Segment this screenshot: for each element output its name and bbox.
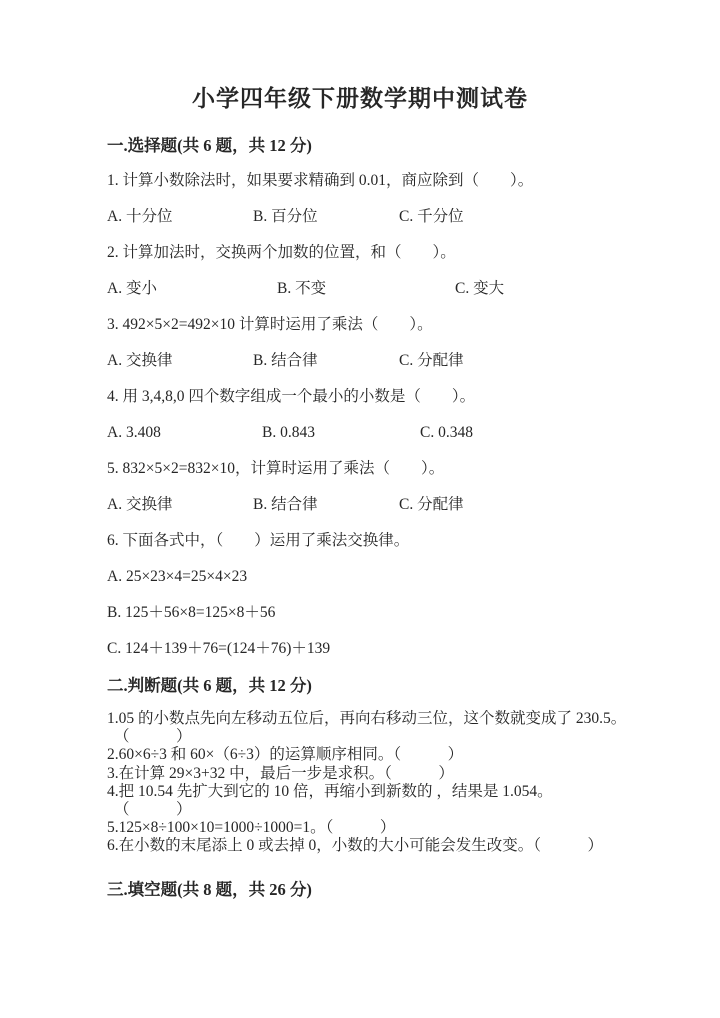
question-3-text: 3. 492×5×2=492×10 计算时运用了乘法（ ）。	[107, 314, 680, 336]
question-6-text: 6. 下面各式中，（ ）运用了乘法交换律。	[107, 530, 680, 552]
question-5-options-row: A. 交换律 B. 结合律 C. 分配律	[107, 494, 680, 516]
question-4-option-a: A. 3.408	[107, 422, 262, 444]
question-2-options-row: A. 变小 B. 不变 C. 变大	[107, 278, 680, 300]
section-heading-fill-blank: 三.填空题(共 8 题，共 26 分)	[107, 880, 680, 900]
question-3-option-b: B. 结合律	[253, 350, 399, 372]
judge-item-6: 6.在小数的末尾添上 0 或去掉 0，小数的大小可能会发生改变。（ ）	[107, 837, 680, 855]
page-title: 小学四年级下册数学期中测试卷	[0, 84, 720, 114]
question-3-option-a: A. 交换律	[107, 350, 253, 372]
question-6-option-c: C. 124＋139＋76=(124＋76)＋139	[107, 638, 680, 660]
question-5-option-a: A. 交换律	[107, 494, 253, 516]
judge-item-1: 1.05 的小数点先向左移动五位后，再向右移动三位，这个数就变成了 230.5。	[107, 710, 680, 728]
question-3-option-c: C. 分配律	[399, 350, 464, 372]
question-1-options-row: A. 十分位 B. 百分位 C. 千分位	[107, 206, 680, 228]
question-2-option-c: C. 变大	[455, 278, 504, 300]
question-2-text: 2. 计算加法时，交换两个加数的位置，和（ ）。	[107, 242, 680, 264]
question-1-text: 1. 计算小数除法时，如果要求精确到 0.01，商应除到（ ）。	[107, 170, 680, 192]
judge-item-5: 5.125×8÷100×10=1000÷1000=1。（ ）	[107, 819, 680, 837]
question-4-option-b: B. 0.843	[262, 422, 420, 444]
question-4-text: 4. 用 3,4,8,0 四个数字组成一个最小的小数是（ ）。	[107, 386, 680, 408]
question-6-option-b: B. 125＋56×8=125×8＋56	[107, 602, 680, 624]
question-1-option-c: C. 千分位	[399, 206, 464, 228]
section-heading-choice: 一.选择题(共 6 题，共 12 分)	[107, 136, 680, 156]
question-5-option-b: B. 结合律	[253, 494, 399, 516]
question-6-option-a: A. 25×23×4=25×4×23	[107, 566, 680, 588]
question-5-text: 5. 832×5×2=832×10，计算时运用了乘法（ ）。	[107, 458, 680, 480]
question-4-option-c: C. 0.348	[420, 422, 473, 444]
section-heading-judge: 二.判断题(共 6 题，共 12 分)	[107, 676, 680, 696]
judge-item-1-blank: （ ）	[107, 728, 680, 746]
judge-item-2: 2.60×6÷3 和 60×（6÷3）的运算顺序相同。（ ）	[107, 746, 680, 764]
question-4-options-row: A. 3.408 B. 0.843 C. 0.348	[107, 422, 680, 444]
judge-item-4: 4.把 10.54 先扩大到它的 10 倍，再缩小到新数的 ，结果是 1.054…	[107, 783, 680, 801]
test-paper-page: 小学四年级下册数学期中测试卷 一.选择题(共 6 题，共 12 分) 1. 计算…	[0, 0, 720, 1018]
judge-section: 1.05 的小数点先向左移动五位后，再向右移动三位，这个数就变成了 230.5。…	[107, 710, 680, 856]
question-5-option-c: C. 分配律	[399, 494, 464, 516]
question-1-option-b: B. 百分位	[253, 206, 399, 228]
question-3-options-row: A. 交换律 B. 结合律 C. 分配律	[107, 350, 680, 372]
question-2-option-b: B. 不变	[277, 278, 455, 300]
question-1-option-a: A. 十分位	[107, 206, 253, 228]
judge-item-3: 3.在计算 29×3+32 中，最后一步是求积。（ ）	[107, 765, 680, 783]
judge-item-4-blank: （ ）	[107, 801, 680, 819]
question-2-option-a: A. 变小	[107, 278, 277, 300]
